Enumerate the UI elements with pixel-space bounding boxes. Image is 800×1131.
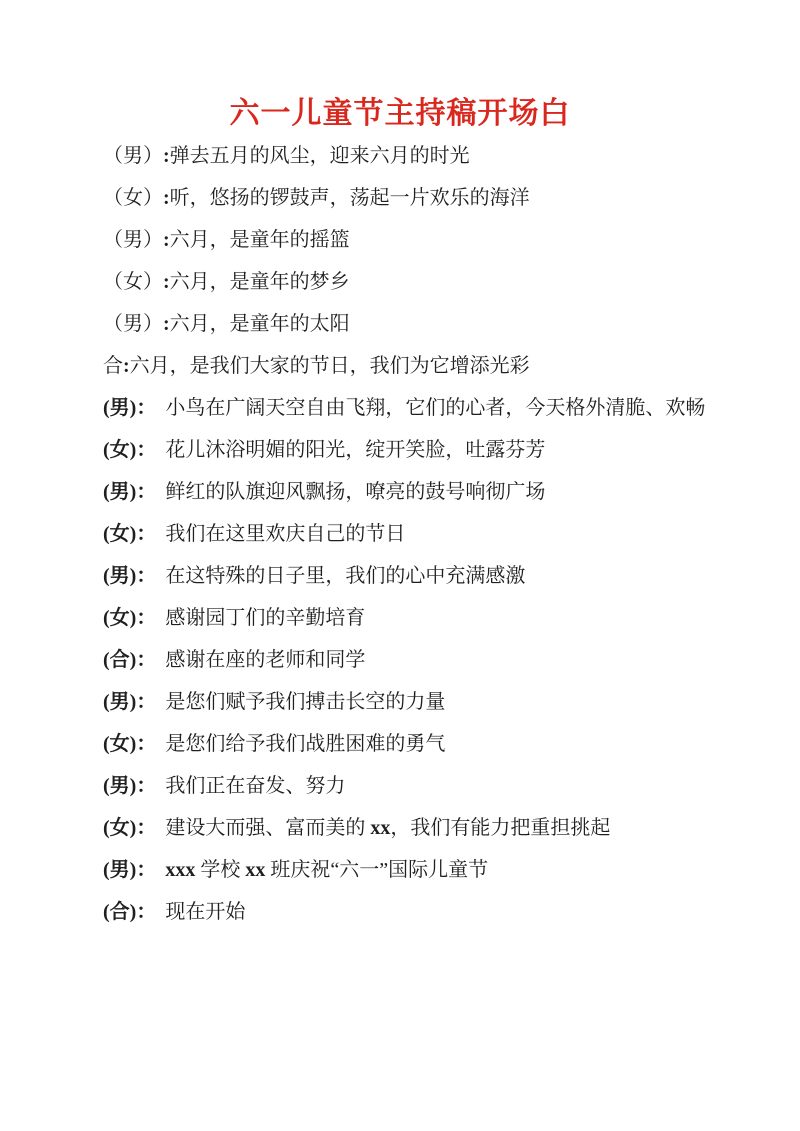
script-line: (合)：现在开始 (103, 902, 740, 923)
speaker-colon: : (163, 229, 170, 251)
speaker-colon: ： (136, 397, 156, 419)
script-line: （男）:六月，是童年的摇篮 (103, 230, 740, 251)
speaker-colon: : (123, 355, 130, 377)
speaker-label: (女) (103, 523, 136, 545)
script-line: (男)：鲜红的队旗迎风飘扬，嘹亮的鼓号响彻广场 (103, 482, 740, 503)
line-text: 六月，是童年的梦乡 (170, 271, 350, 293)
line-text: 六月，是童年的摇篮 (170, 229, 350, 251)
script-line: (女)：是您们给予我们战胜困难的勇气 (103, 734, 740, 755)
line-text: 感谢在座的老师和同学 (165, 649, 365, 671)
speaker-colon: ： (136, 859, 156, 881)
speaker-label: (女) (103, 817, 136, 839)
speaker-colon: ： (136, 439, 156, 461)
speaker-colon: ： (136, 565, 156, 587)
script-line: (女)：花儿沐浴明媚的阳光，绽开笑脸，吐露芬芳 (103, 440, 740, 461)
speaker-colon: ： (136, 649, 156, 671)
speaker-label: (合) (103, 649, 136, 671)
line-text: 感谢园丁们的辛勤培育 (165, 607, 365, 629)
speaker-colon: ： (136, 817, 156, 839)
line-text: 我们在这里欢庆自己的节日 (165, 523, 405, 545)
script-line: （男）:弹去五月的风尘，迎来六月的时光 (103, 146, 740, 167)
line-text: 弹去五月的风尘，迎来六月的时光 (170, 145, 470, 167)
line-text: 学校 (195, 859, 245, 881)
speaker-label: （女） (103, 187, 163, 209)
speaker-label: (女) (103, 733, 136, 755)
script-line: (男)：xxx 学校 xx 班庆祝“六一”国际儿童节 (103, 860, 740, 881)
script-line: (女)：我们在这里欢庆自己的节日 (103, 524, 740, 545)
line-text: 花儿沐浴明媚的阳光，绽开笑脸，吐露芬芳 (165, 439, 545, 461)
script-line: （男）:六月，是童年的太阳 (103, 314, 740, 335)
line-text: 是您们给予我们战胜困难的勇气 (165, 733, 445, 755)
speaker-label: (男) (103, 565, 136, 587)
document-title: 六一儿童节主持稿开场白 (0, 96, 800, 131)
speaker-label: （男） (103, 229, 163, 251)
document-page: 六一儿童节主持稿开场白 （男）:弹去五月的风尘，迎来六月的时光 （女）:听，悠扬… (0, 0, 800, 1131)
line-text: 现在开始 (165, 901, 245, 923)
line-text: 班庆祝“六一”国际儿童节 (265, 859, 488, 881)
line-text: 六月，是我们大家的节日，我们为它增添光彩 (130, 355, 530, 377)
speaker-colon: ： (136, 481, 156, 503)
line-text-bold: xx (370, 817, 390, 839)
speaker-label: (男) (103, 691, 136, 713)
speaker-label: (男) (103, 481, 136, 503)
speaker-colon: ： (136, 775, 156, 797)
line-text: 听，悠扬的锣鼓声，荡起一片欢乐的海洋 (170, 187, 530, 209)
script-line: (男)：是您们赋予我们搏击长空的力量 (103, 692, 740, 713)
script-line: （女）:六月，是童年的梦乡 (103, 272, 740, 293)
speaker-label: (男) (103, 397, 136, 419)
line-text: ，我们有能力把重担挑起 (390, 817, 610, 839)
speaker-label: (合) (103, 901, 136, 923)
script-line: (女)：感谢园丁们的辛勤培育 (103, 608, 740, 629)
line-text: 小鸟在广阔天空自由飞翔，它们的心者，今天格外清脆、欢畅 (165, 397, 705, 419)
line-text: 六月，是童年的太阳 (170, 313, 350, 335)
script-line: (男)：小鸟在广阔天空自由飞翔，它们的心者，今天格外清脆、欢畅 (103, 398, 740, 419)
line-text: 鲜红的队旗迎风飘扬，嘹亮的鼓号响彻广场 (165, 481, 545, 503)
script-line: （女）:听，悠扬的锣鼓声，荡起一片欢乐的海洋 (103, 188, 740, 209)
script-line: (合)：感谢在座的老师和同学 (103, 650, 740, 671)
speaker-colon: ： (136, 607, 156, 629)
line-text: 我们正在奋发、努力 (165, 775, 345, 797)
line-text: 建设大而强、富而美的 (165, 817, 370, 839)
script-line: 合:六月，是我们大家的节日，我们为它增添光彩 (103, 356, 740, 377)
line-text-bold: xx (245, 859, 265, 881)
speaker-label: （男） (103, 313, 163, 335)
speaker-colon: ： (136, 901, 156, 923)
speaker-colon: ： (136, 691, 156, 713)
script-line: (男)：我们正在奋发、努力 (103, 776, 740, 797)
speaker-colon: : (163, 313, 170, 335)
speaker-label: （女） (103, 271, 163, 293)
speaker-label: （男） (103, 145, 163, 167)
script-body: （男）:弹去五月的风尘，迎来六月的时光 （女）:听，悠扬的锣鼓声，荡起一片欢乐的… (0, 146, 800, 923)
speaker-label: (男) (103, 775, 136, 797)
speaker-label: 合 (103, 355, 123, 377)
speaker-colon: : (163, 271, 170, 293)
speaker-colon: : (163, 187, 170, 209)
script-line: (男)：在这特殊的日子里，我们的心中充满感激 (103, 566, 740, 587)
speaker-colon: ： (136, 523, 156, 545)
line-text: 在这特殊的日子里，我们的心中充满感激 (165, 565, 525, 587)
speaker-colon: ： (136, 733, 156, 755)
speaker-label: (女) (103, 607, 136, 629)
speaker-label: (女) (103, 439, 136, 461)
line-text: 是您们赋予我们搏击长空的力量 (165, 691, 445, 713)
line-text-bold: xxx (165, 859, 195, 881)
script-line: (女)：建设大而强、富而美的 xx，我们有能力把重担挑起 (103, 818, 740, 839)
speaker-label: (男) (103, 859, 136, 881)
speaker-colon: : (163, 145, 170, 167)
